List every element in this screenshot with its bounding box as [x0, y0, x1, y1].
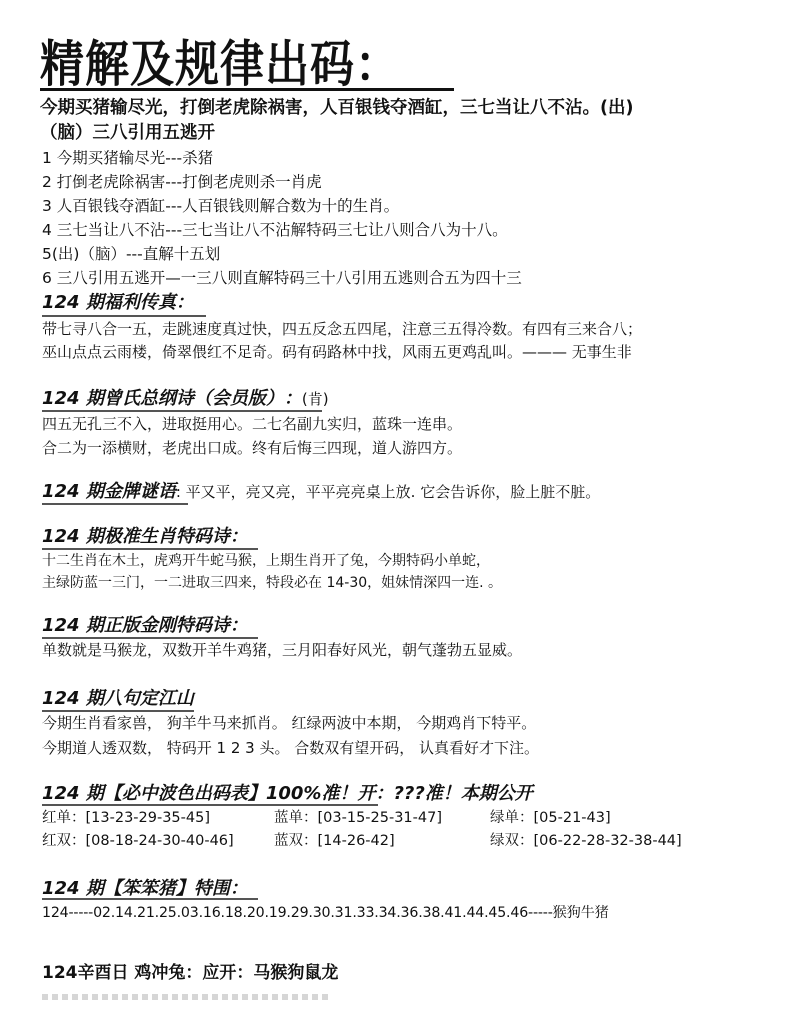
- wave-cell-green-double: 绿双：[06-22-28-32-38-44]: [490, 831, 682, 852]
- section-underline: [42, 637, 258, 639]
- section-title-jizhun: 124 期极准生肖特码诗：: [42, 526, 248, 548]
- wave-value: [06-22-28-32-38-44]: [534, 833, 682, 849]
- wave-value: [14-26-42]: [318, 833, 395, 849]
- section-underline: [42, 804, 378, 806]
- section-underline: [42, 503, 188, 505]
- page-title: 精解及规律出码：: [40, 36, 400, 94]
- section-title-text: 124 期金牌谜语: [42, 481, 176, 502]
- wave-cell-red-double: 红双：[08-18-24-30-40-46]: [42, 831, 274, 852]
- section-underline: [42, 315, 206, 317]
- faded-text-line: [42, 994, 332, 1000]
- section-line: 主绿防蓝一三门，一二进取三四来，特段必在 14-30，姐妹情深四一连. 。: [42, 573, 502, 594]
- rule-item: 1 今期买猪输尽光---杀猪: [42, 147, 213, 169]
- section-line: 四五无孔三不入，进取挺用心。二七名副九实归，蓝珠一连串。: [42, 414, 462, 435]
- rule-item: 2 打倒老虎除祸害---打倒老虎则杀一肖虎: [42, 171, 322, 193]
- section-title-jinpai: 124 期金牌谜语: 平又平，亮又亮，平平亮亮桌上放. 它会告诉你，脸上脏不脏。: [42, 481, 600, 503]
- rule-item: 4 三七当让八不沾---三七当让八不沾解特码三七让八则合八为十八。: [42, 219, 508, 241]
- wave-label: 红单：: [42, 810, 86, 826]
- wave-cell-blue-double: 蓝双：[14-26-42]: [274, 831, 490, 852]
- section-line: 今期生肖看家兽， 狗羊牛马来抓肖。 红绿两波中本期， 今期鸡肖下特平。: [42, 713, 536, 734]
- section-line: 十二生肖在木土，虎鸡开牛蛇马猴，上期生肖开了兔，今期特码小单蛇，: [42, 551, 490, 572]
- riddle-text: : 平又平，亮又亮，平平亮亮桌上放. 它会告诉你，脸上脏不脏。: [176, 483, 600, 501]
- section-title-text: 124 期曾氏总纲诗（会员版）：: [42, 388, 302, 409]
- wave-label: 绿双：: [490, 833, 534, 849]
- section-title-benben: 124 期【笨笨猪】特围：: [42, 878, 248, 900]
- section-title-bajv: 124 期八句定江山: [42, 688, 194, 710]
- section-line: 今期道人透双数， 特码开 1 2 3 头。 合数双有望开码， 认真看好才下注。: [42, 738, 539, 759]
- document-page: 精解及规律出码： 今期买猪输尽光，打倒老虎除祸害，人百银钱夺酒缸，三七当让八不沾…: [0, 0, 797, 1024]
- section-line: 巫山点点云雨楼，倚翠偎红不足奇。码有码路林中找，风雨五更鸡乱叫。——— 无事生非: [42, 342, 632, 363]
- intro-line: （脑）三八引用五逃开: [40, 121, 215, 145]
- section-underline: [42, 548, 258, 550]
- section-underline: [42, 898, 258, 900]
- rule-item: 5(出)（脑）---直解十五划: [42, 243, 220, 265]
- section-line: 带七寻八合一五，走跳速度真过快，四五反念五四尾，注意三五得冷数。有四有三来合八；: [42, 319, 642, 340]
- wave-label: 红双：: [42, 833, 86, 849]
- rule-item: 6 三八引用五逃开—一三八则直解特码三十八引用五逃则合五为四十三: [42, 267, 522, 289]
- wave-label: 蓝单：: [274, 810, 318, 826]
- section-title-fuli: 124 期福利传真：: [42, 292, 194, 314]
- wave-cell-green-single: 绿单：[05-21-43]: [490, 808, 611, 829]
- wave-value: [03-15-25-31-47]: [318, 810, 443, 826]
- wave-label: 绿单：: [490, 810, 534, 826]
- rule-item: 3 人百银钱夺酒缸---人百银钱则解合数为十的生肖。: [42, 195, 399, 217]
- wave-row-double: 红双：[08-18-24-30-40-46] 蓝双：[14-26-42] 绿双：…: [42, 831, 682, 852]
- footer-line: 124辛酉日 鸡冲兔：应开：马猴狗鼠龙: [42, 962, 338, 984]
- wave-label: 蓝双：: [274, 833, 318, 849]
- section-title-zengshi: 124 期曾氏总纲诗（会员版）：(肯): [42, 388, 329, 410]
- intro-line: 今期买猪输尽光，打倒老虎除祸害，人百银钱夺酒缸，三七当让八不沾。(出): [40, 96, 634, 120]
- section-underline: [42, 410, 322, 412]
- wave-value: [05-21-43]: [534, 810, 611, 826]
- section-title-jingang: 124 期正版金刚特码诗：: [42, 615, 248, 637]
- section-line: 合二为一添横财，老虎出口成。终有后悔三四现，道人游四方。: [42, 438, 462, 459]
- wave-cell-red-single: 红单：[13-23-29-35-45]: [42, 808, 274, 829]
- wave-cell-blue-single: 蓝单：[03-15-25-31-47]: [274, 808, 490, 829]
- wave-row-single: 红单：[13-23-29-35-45] 蓝单：[03-15-25-31-47] …: [42, 808, 611, 829]
- section-line: 单数就是马猴龙，双数开羊牛鸡猪，三月阳春好风光，朝气蓬勃五显威。: [42, 640, 522, 661]
- section-underline: [42, 710, 194, 712]
- wave-value: [13-23-29-35-45]: [86, 810, 211, 826]
- section-title-bose: 124 期【必中波色出码表】100%准！开：???准！本期公开: [42, 783, 533, 805]
- special-numbers-line: 124-----02.14.21.25.03.16.18.20.19.29.30…: [42, 903, 609, 924]
- section-aside: (肯): [302, 390, 329, 408]
- title-underline: [40, 88, 454, 91]
- wave-value: [08-18-24-30-40-46]: [86, 833, 234, 849]
